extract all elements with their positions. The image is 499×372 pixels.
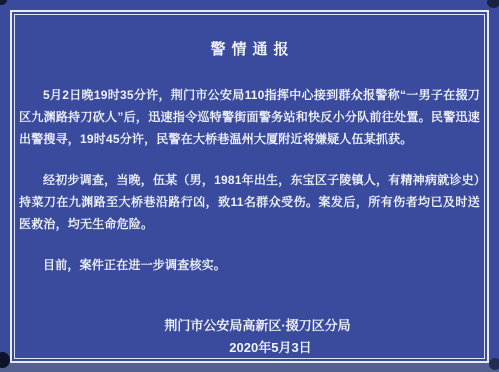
photo-bottom-strip <box>0 363 499 372</box>
corner-artifact-top-left <box>0 0 7 5</box>
notice-frame: 警情通报 5月2日晚19时35分许，荆门市公安局110指挥中心接到群众报警称“一… <box>10 10 489 363</box>
corner-artifact-top-right <box>487 0 499 8</box>
notice-content: 警情通报 5月2日晚19时35分许，荆门市公安局110指挥中心接到群众报警称“一… <box>19 15 480 358</box>
police-notice-image: 警情通报 5月2日晚19时35分许，荆门市公安局110指挥中心接到群众报警称“一… <box>0 0 499 372</box>
notice-signature: 荆门市公安局高新区·掇刀区分局 <box>27 315 488 337</box>
notice-paragraph-2: 经初步调查，当晚，伍某（男，1981年出生，东宝区子陵镇人，有精神病就诊史）持菜… <box>19 169 480 235</box>
notice-paragraph-3: 目前，案件正在进一步调查核实。 <box>19 254 480 276</box>
notice-inner-border: 警情通报 5月2日晚19时35分许，荆门市公安局110指挥中心接到群众报警称“一… <box>14 14 485 359</box>
notice-paragraph-1: 5月2日晚19时35分许，荆门市公安局110指挥中心接到群众报警称“一男子在掇刀… <box>19 84 480 150</box>
corner-artifact-bottom-right <box>489 358 499 370</box>
notice-date: 2020年5月3日 <box>40 337 499 359</box>
notice-title: 警情通报 <box>19 41 480 58</box>
